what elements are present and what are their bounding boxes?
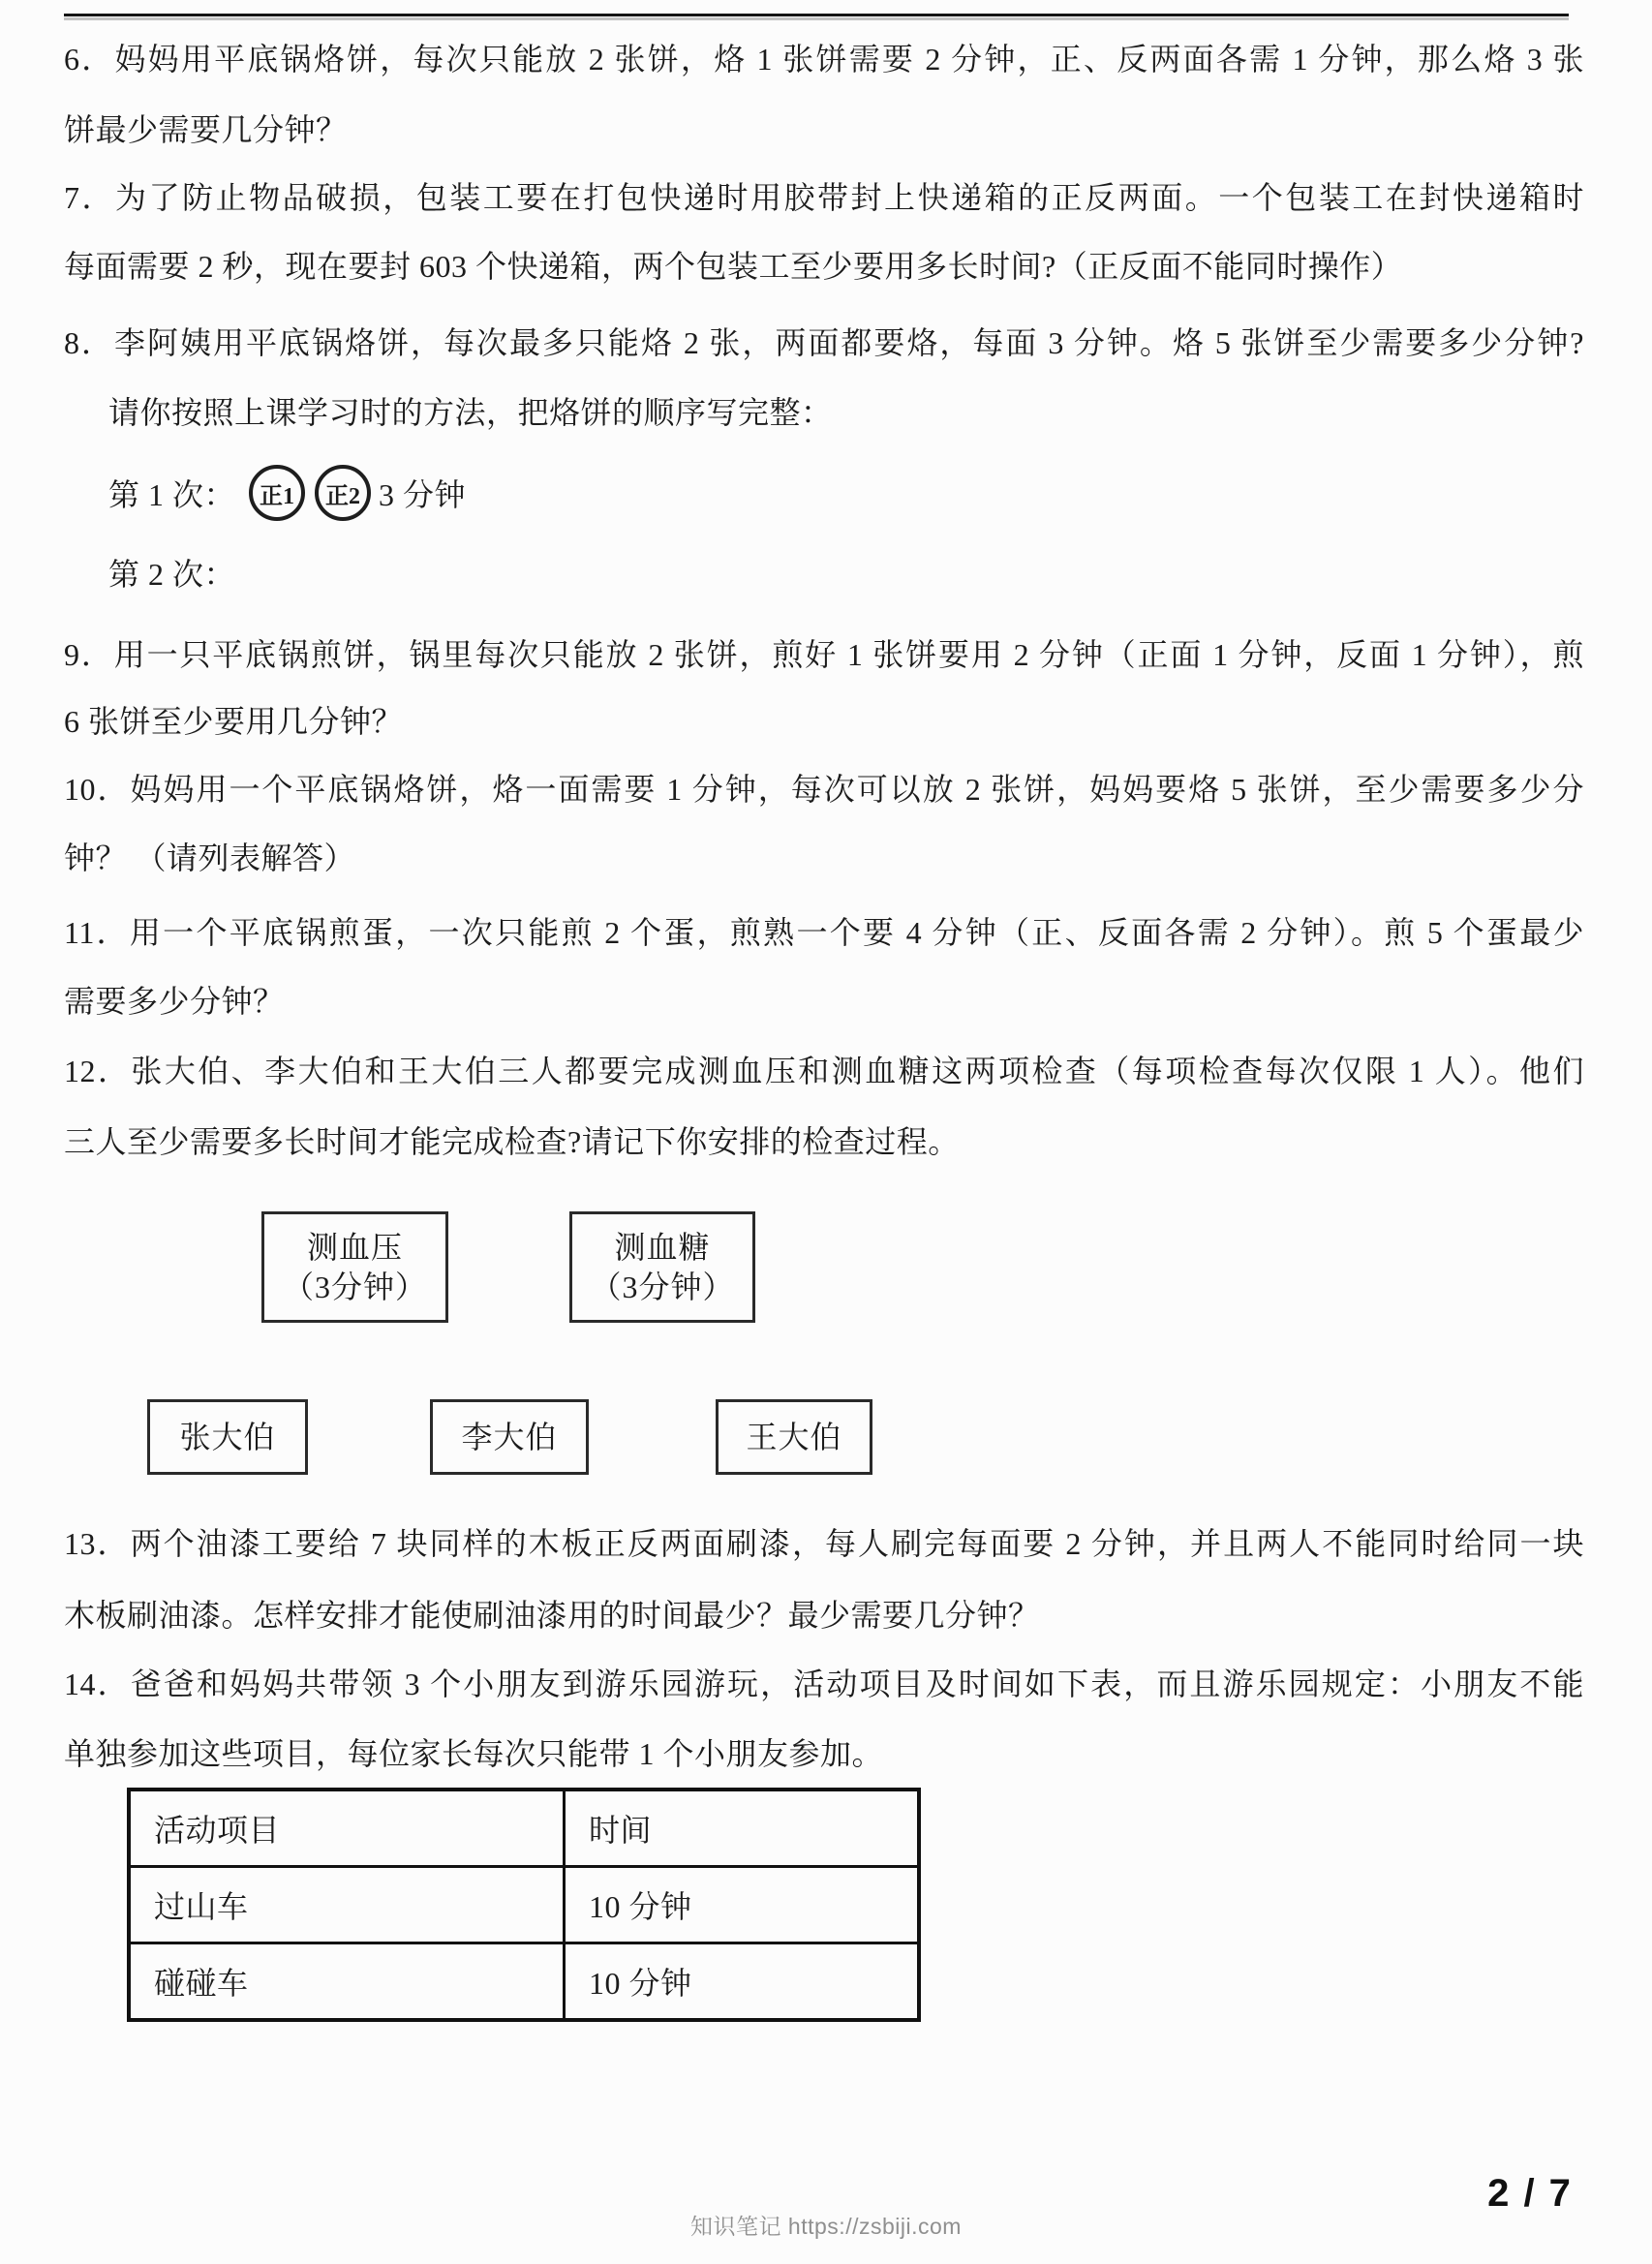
- worksheet-page: 6．妈妈用平底锅烙饼，每次只能放 2 张饼，烙 1 张饼需要 2 分钟，正、反两…: [0, 0, 1652, 2264]
- step-1-duration: 3 分钟: [379, 471, 466, 515]
- problem-6-line-1: 6．妈妈用平底锅烙饼，每次只能放 2 张饼，烙 1 张饼需要 2 分钟，正、反两…: [64, 37, 1584, 81]
- header-rule: [64, 14, 1569, 16]
- problem-13-line-2: 木板刷油漆。怎样安排才能使刷油漆用的时间最少？最少需要几分钟？: [64, 1593, 1584, 1637]
- problem-7-line-2: 每面需要 2 秒，现在要封 603 个快递箱，两个包装工至少要用多长时间?（正反…: [64, 244, 1584, 289]
- problem-6-line-2: 饼最少需要几分钟？: [64, 107, 1584, 152]
- cell-time-rollercoaster: 10 分钟: [565, 1867, 920, 1943]
- problem-7-line-1: 7．为了防止物品破损，包装工要在打包快递时用胶带封上快递箱的正反两面。一个包装工…: [64, 175, 1584, 220]
- step-1-label: 第 1 次：: [108, 471, 235, 515]
- problem-9-line-1: 9．用一只平底锅煎饼，锅里每次只能放 2 张饼，煎好 1 张饼要用 2 分钟（正…: [64, 632, 1584, 677]
- cell-time-bumpercar: 10 分钟: [565, 1943, 920, 2021]
- problem-12-line-1: 12．张大伯、李大伯和王大伯三人都要完成测血压和测血糖这两项检查（每项检查每次仅…: [64, 1049, 1584, 1093]
- pancake-2-front-badge: 正2: [315, 465, 371, 521]
- blood-pressure-task-box: 测血压 （3分钟）: [261, 1211, 448, 1323]
- table-row: 过山车 10 分钟: [129, 1867, 919, 1943]
- problem-9-line-2: 6 张饼至少要用几分钟？: [64, 699, 1584, 744]
- activity-time-table: 活动项目 时间 过山车 10 分钟 碰碰车 10 分钟: [127, 1788, 921, 2022]
- problem-11-line-2: 需要多少分钟？: [64, 979, 1584, 1024]
- blood-pressure-label: 测血压: [307, 1228, 403, 1268]
- header-cell-time: 时间: [565, 1790, 920, 1867]
- cell-activity-rollercoaster: 过山车: [129, 1867, 565, 1943]
- pancake-2-front-text: 正2: [325, 476, 360, 510]
- problem-8-step-1: 第 1 次： 正1 正2 3 分钟: [108, 463, 466, 523]
- pancake-1-front-text: 正1: [260, 476, 294, 510]
- person-wang-label: 王大伯: [746, 1418, 841, 1457]
- pancake-1-front-badge: 正1: [249, 465, 305, 521]
- blood-pressure-duration: （3分钟）: [283, 1268, 427, 1307]
- problem-14-line-2: 单独参加这些项目，每位家长每次只能带 1 个小朋友参加。: [64, 1731, 1584, 1776]
- problem-8-step-2: 第 2 次：: [108, 552, 1584, 597]
- problem-10-line-2: 钟？ （请列表解答）: [64, 836, 1584, 880]
- problem-14-line-1: 14．爸爸和妈妈共带领 3 个小朋友到游乐园游玩，活动项目及时间如下表，而且游乐…: [64, 1662, 1584, 1706]
- person-box-li: 李大伯: [430, 1399, 589, 1475]
- blood-sugar-duration: （3分钟）: [590, 1268, 734, 1307]
- problem-10-line-1: 10．妈妈用一个平底锅烙饼，烙一面需要 1 分钟，每次可以放 2 张饼，妈妈要烙…: [64, 767, 1584, 811]
- person-li-label: 李大伯: [461, 1418, 557, 1457]
- blood-sugar-task-box: 测血糖 （3分钟）: [569, 1211, 755, 1323]
- problem-8-line-1: 8．李阿姨用平底锅烙饼，每次最多只能烙 2 张，两面都要烙，每面 3 分钟。烙 …: [64, 321, 1584, 365]
- person-box-wang: 王大伯: [716, 1399, 872, 1475]
- footer-site-link: 知识笔记 https://zsbiji.com: [0, 2209, 1652, 2241]
- cell-activity-bumpercar: 碰碰车: [129, 1943, 565, 2021]
- table-row: 碰碰车 10 分钟: [129, 1943, 919, 2021]
- person-box-zhang: 张大伯: [147, 1399, 308, 1475]
- person-zhang-label: 张大伯: [179, 1418, 275, 1457]
- problem-13-line-1: 13．两个油漆工要给 7 块同样的木板正反两面刷漆，每人刷完每面要 2 分钟，并…: [64, 1521, 1584, 1566]
- header-cell-activity: 活动项目: [129, 1790, 565, 1867]
- problem-12-line-2: 三人至少需要多长时间才能完成检查?请记下你安排的检查过程。: [64, 1119, 1584, 1164]
- table-header-row: 活动项目 时间: [129, 1790, 919, 1867]
- problem-8-line-2: 请你按照上课学习时的方法，把烙饼的顺序写完整：: [108, 390, 1584, 435]
- problem-11-line-1: 11．用一个平底锅煎蛋，一次只能煎 2 个蛋，煎熟一个要 4 分钟（正、反面各需…: [64, 910, 1584, 955]
- blood-sugar-label: 测血糖: [614, 1228, 710, 1268]
